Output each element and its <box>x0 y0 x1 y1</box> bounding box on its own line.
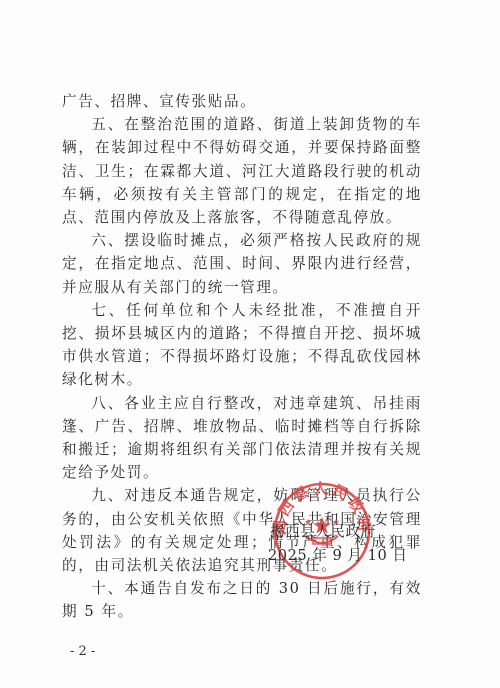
paragraph-7: 七、任何单位和个人未经批准，不准擅自开挖、损坏县城区内的道路；不得擅自开挖、损坏… <box>62 299 422 392</box>
paragraph-6: 六、摆设临时摊点，必须严格按人民政府的规定，在指定地点、范围、时间、界限内进行经… <box>62 229 422 299</box>
page-number: - 2 - <box>70 644 95 659</box>
signing-organization: 揭西县人民政府 <box>268 520 407 544</box>
paragraph-10: 十、本通告自发布之日的 30 日后施行，有效期 5 年。 <box>62 577 422 623</box>
signature-block: 揭西县人民政府 2025 年 9 月 10 日 <box>268 520 407 568</box>
document-page: 广告、招牌、宣传张贴品。 五、在整治范围的道路、街道上装卸货物的车辆，在装卸过程… <box>0 0 500 688</box>
paragraph-5: 五、在整治范围的道路、街道上装卸货物的车辆，在装卸过程中不得妨碍交通，并要保持路… <box>62 113 422 229</box>
signing-date: 2025 年 9 月 10 日 <box>268 544 407 568</box>
paragraph-4-tail: 广告、招牌、宣传张贴品。 <box>62 90 422 113</box>
paragraph-8: 八、各业主应自行整改，对违章建筑、吊挂雨篷、广告、招牌、堆放物品、临时摊档等自行… <box>62 392 422 485</box>
